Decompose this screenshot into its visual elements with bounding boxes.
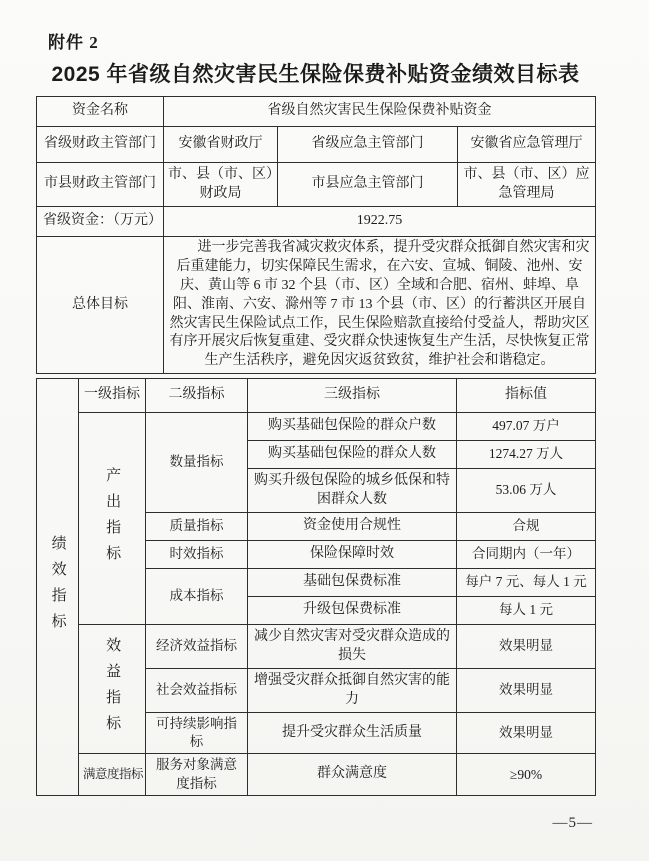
provincial-finance-label: 省级财政主管部门 xyxy=(37,127,164,163)
indicator-value: 效果明显 xyxy=(457,625,596,669)
social-benefit-cell: 社会效益指标 xyxy=(146,669,248,713)
indicator-value: 效果明显 xyxy=(457,713,596,754)
provincial-emergency-label: 省级应急主管部门 xyxy=(278,127,458,163)
fund-name-label: 资金名称 xyxy=(37,97,164,127)
fund-amount-row: 省级资金：（万元） 1922.75 xyxy=(37,207,596,237)
service-satisfaction-cell: 服务对象满意度指标 xyxy=(146,754,248,795)
page-number: —5— xyxy=(553,815,594,832)
satisfaction-indicator-cell: 满意度指标 xyxy=(79,754,146,795)
level3-indicator: 基础包保费标准 xyxy=(248,569,457,597)
indicator-value: 合规 xyxy=(457,513,596,541)
fund-amount-label: 省级资金：（万元） xyxy=(37,207,164,237)
header-level3: 三级指标 xyxy=(248,379,457,413)
overall-goal-row: 总体目标 进一步完善我省减灾救灾体系，提升受灾群众抵御自然灾害和灾后重建能力，切… xyxy=(37,237,596,374)
indicator-value: ≥90% xyxy=(457,754,596,795)
fund-name-value: 省级自然灾害民生保险保费补贴资金 xyxy=(164,97,596,127)
attachment-label: 附件 2 xyxy=(48,28,99,53)
indicator-row: 产出指标 数量指标 购买基础包保险的群众户数 497.07 万户 xyxy=(37,413,596,441)
economic-benefit-cell: 经济效益指标 xyxy=(146,625,248,669)
overall-goal-label: 总体目标 xyxy=(37,237,164,374)
sustainable-impact-cell: 可持续影响指标 xyxy=(146,713,248,754)
municipal-finance-value: 市、县（市、区）财政局 xyxy=(164,163,278,207)
fund-name-row: 资金名称 省级自然灾害民生保险保费补贴资金 xyxy=(37,97,596,127)
benefit-indicator-cell: 效益指标 xyxy=(79,625,146,754)
level3-indicator: 保险保障时效 xyxy=(248,541,457,569)
indicator-value: 53.06 万人 xyxy=(457,469,596,513)
overall-goal-text: 进一步完善我省减灾救灾体系，提升受灾群众抵御自然灾害和灾后重建能力，切实保障民生… xyxy=(164,237,596,374)
indicator-value: 效果明显 xyxy=(457,669,596,713)
level3-indicator: 群众满意度 xyxy=(248,754,457,795)
output-indicator-vertical-text: 产出指标 xyxy=(102,467,122,571)
header-level2: 二级指标 xyxy=(146,379,248,413)
municipal-finance-label: 市县财政主管部门 xyxy=(37,163,164,207)
indicator-value: 1274.27 万人 xyxy=(457,441,596,469)
document-page: 附件 2 2025 年省级自然灾害民生保险保费补贴资金绩效目标表 资金名称 省级… xyxy=(0,0,649,861)
header-value: 指标值 xyxy=(457,379,596,413)
page-title: 2025 年省级自然灾害民生保险保费补贴资金绩效目标表 xyxy=(36,58,595,88)
municipal-dept-row: 市县财政主管部门 市、县（市、区）财政局 市县应急主管部门 市、县（市、区）应急… xyxy=(37,163,596,207)
level3-indicator: 购买升级包保险的城乡低保和特困群众人数 xyxy=(248,469,457,513)
level3-indicator: 减少自然灾害对受灾群众造成的损失 xyxy=(248,625,457,669)
indicator-header-row: 绩效指标 一级指标 二级指标 三级指标 指标值 xyxy=(37,379,596,413)
indicator-value: 497.07 万户 xyxy=(457,413,596,441)
header-level1: 一级指标 xyxy=(79,379,146,413)
indicator-row: 满意度指标 服务对象满意度指标 群众满意度 ≥90% xyxy=(37,754,596,795)
level3-indicator: 升级包保费标准 xyxy=(248,597,457,625)
performance-section-label: 绩效指标 xyxy=(37,379,79,796)
quantity-indicator-cell: 数量指标 xyxy=(146,413,248,513)
performance-section-vertical-text: 绩效指标 xyxy=(47,535,67,639)
indicator-value: 合同期内（一年） xyxy=(457,541,596,569)
indicator-value: 每人 1 元 xyxy=(457,597,596,625)
level3-indicator: 购买基础包保险的群众人数 xyxy=(248,441,457,469)
fund-info-table: 资金名称 省级自然灾害民生保险保费补贴资金 省级财政主管部门 安徽省财政厅 省级… xyxy=(36,96,596,374)
benefit-indicator-vertical-text: 效益指标 xyxy=(102,637,122,741)
cost-indicator-cell: 成本指标 xyxy=(146,569,248,625)
municipal-emergency-label: 市县应急主管部门 xyxy=(278,163,458,207)
indicator-row: 效益指标 经济效益指标 减少自然灾害对受灾群众造成的损失 效果明显 xyxy=(37,625,596,669)
level3-indicator: 购买基础包保险的群众户数 xyxy=(248,413,457,441)
provincial-emergency-value: 安徽省应急管理厅 xyxy=(458,127,596,163)
quality-indicator-cell: 质量指标 xyxy=(146,513,248,541)
output-indicator-cell: 产出指标 xyxy=(79,413,146,625)
municipal-emergency-value: 市、县（市、区）应急管理局 xyxy=(458,163,596,207)
level3-indicator: 增强受灾群众抵御自然灾害的能力 xyxy=(248,669,457,713)
level3-indicator: 提升受灾群众生活质量 xyxy=(248,713,457,754)
indicator-value: 每户 7 元、每人 1 元 xyxy=(457,569,596,597)
provincial-finance-value: 安徽省财政厅 xyxy=(164,127,278,163)
performance-indicator-table: 绩效指标 一级指标 二级指标 三级指标 指标值 产出指标 数量指标 购买基础包保… xyxy=(36,378,596,796)
level3-indicator: 资金使用合规性 xyxy=(248,513,457,541)
timeliness-indicator-cell: 时效指标 xyxy=(146,541,248,569)
fund-amount-value: 1922.75 xyxy=(164,207,596,237)
provincial-dept-row: 省级财政主管部门 安徽省财政厅 省级应急主管部门 安徽省应急管理厅 xyxy=(37,127,596,163)
